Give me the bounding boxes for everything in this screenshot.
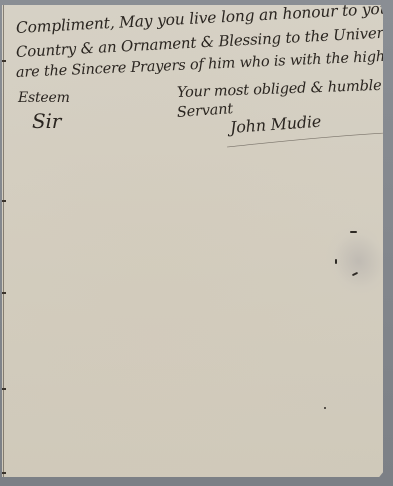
ink-speck xyxy=(350,231,357,233)
letter-line-4: Esteem xyxy=(18,90,70,106)
ink-speck xyxy=(335,259,337,264)
closing-line-1: Your most obliged & humble xyxy=(177,78,382,101)
letter-page: Compliment, May you live long an honour … xyxy=(2,5,383,477)
binding-stitch xyxy=(2,388,6,390)
binding-stitch xyxy=(2,200,6,202)
signature-flourish xyxy=(207,117,387,157)
salutation-sir: Sir xyxy=(32,109,61,133)
binding-stitch xyxy=(2,60,6,62)
binding-stitch xyxy=(2,472,6,474)
binding-line xyxy=(3,5,4,477)
binding-stitch xyxy=(2,292,6,294)
ink-speck xyxy=(324,407,326,409)
